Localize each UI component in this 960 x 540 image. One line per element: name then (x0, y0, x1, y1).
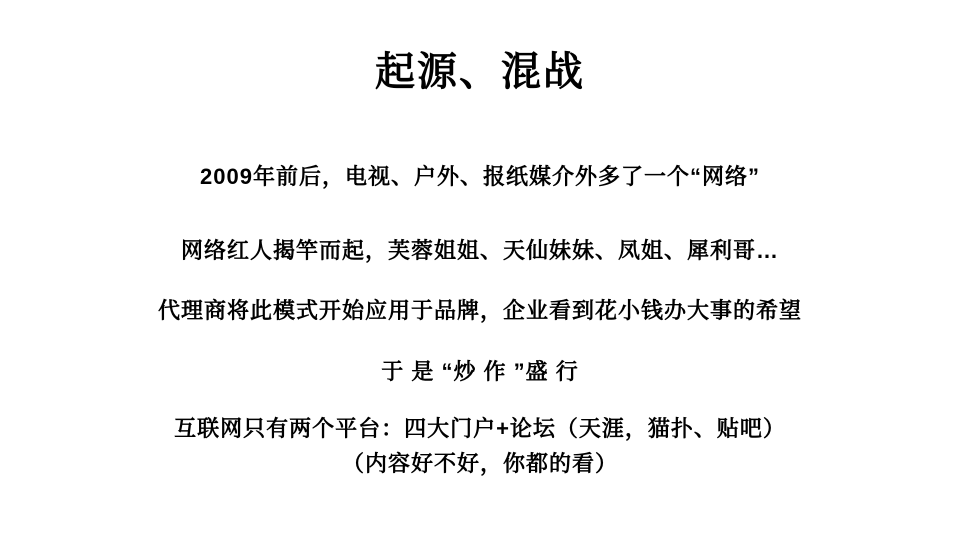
body-line-media: 2009年前后，电视、户外、报纸媒介外多了一个“网络” (0, 164, 960, 190)
slide-title: 起源、混战 (0, 50, 960, 94)
body-line-internet-celebrities: 网络红人揭竿而起，芙蓉姐姐、天仙妹妹、凤姐、犀利哥… (0, 238, 960, 264)
slide-canvas: 起源、混战 2009年前后，电视、户外、报纸媒介外多了一个“网络” 网络红人揭竿… (0, 0, 960, 540)
body-line-agencies: 代理商将此模式开始应用于品牌，企业看到花小钱办大事的希望 (0, 298, 960, 324)
body-line-hype: 于 是 “炒 作 ”盛 行 (0, 359, 960, 385)
body-line-platforms: 互联网只有两个平台：四大门户+论坛（天涯，猫扑、贴吧） (0, 416, 960, 442)
body-line-platforms-note: （内容好不好，你都的看） (0, 451, 960, 477)
